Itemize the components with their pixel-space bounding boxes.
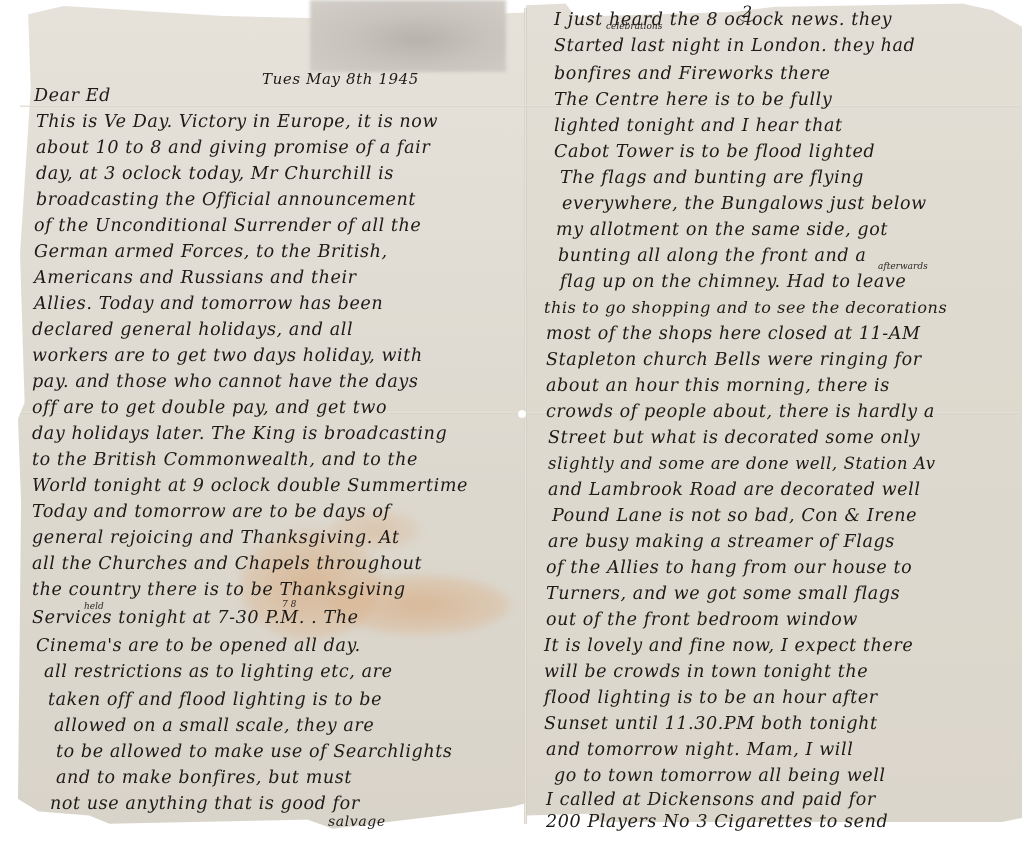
letter-line: World tonight at 9 oclock double Summert… <box>32 476 468 496</box>
letter-line: and to make bonfires, but must <box>56 768 352 788</box>
paper-hole <box>518 410 526 418</box>
letter-line: Allies. Today and tomorrow has been <box>34 294 383 314</box>
letter-line: flag up on the chimney. Had to leave <box>560 272 906 292</box>
letter-line: declared general holidays, and all <box>32 320 353 340</box>
letter-line: 200 Players No 3 Cigarettes to send <box>546 812 888 832</box>
letter-line: all restrictions as to lighting etc, are <box>44 662 393 682</box>
letter-line: It is lovely and fine now, I expect ther… <box>544 636 913 656</box>
letter-line: This is Ve Day. Victory in Europe, it is… <box>36 112 438 132</box>
letter-line: Started last night in London. they had <box>554 36 915 56</box>
letter-line: my allotment on the same side, got <box>556 220 888 240</box>
letter-line: to be allowed to make use of Searchlight… <box>56 742 452 762</box>
letter-line: day holidays later. The King is broadcas… <box>32 424 447 444</box>
letter-line: The flags and bunting are flying <box>560 168 864 188</box>
letter-line: taken off and flood lighting is to be <box>48 690 382 710</box>
letter-line: will be crowds in town tonight the <box>544 662 868 682</box>
letter-line: all the Churches and Chapels throughout <box>32 554 422 574</box>
letter-line: off are to get double pay, and get two <box>32 398 387 418</box>
letter-line: most of the shops here closed at 11-AM <box>546 324 921 344</box>
letter-line: of the Allies to hang from our house to <box>546 558 912 578</box>
letter-line: about an hour this morning, there is <box>546 376 890 396</box>
letter-line: Americans and Russians and their <box>34 268 357 288</box>
letter-line: and Lambrook Road are decorated well <box>548 480 921 500</box>
letter-line: broadcasting the Official announcement <box>36 190 416 210</box>
letter-line: Cinema's are to be opened all day. <box>36 636 361 656</box>
letter-line: I called at Dickensons and paid for <box>546 790 876 810</box>
letter-line: Pound Lane is not so bad, Con & Irene <box>552 506 917 526</box>
letter-line: bonfires and Fireworks there <box>554 64 831 84</box>
letter-line: not use anything that is good for <box>50 794 360 814</box>
letter-line: I just heard the 8 oclock news. they <box>554 10 892 30</box>
letter-line: lighted tonight and I hear that <box>554 116 843 136</box>
letter-line: about 10 to 8 and giving promise of a fa… <box>36 138 430 158</box>
letter-line: and tomorrow night. Mam, I will <box>546 740 853 760</box>
insertion-afterwards: afterwards <box>878 262 928 272</box>
letter-line: workers are to get two days holiday, wit… <box>32 346 423 366</box>
letter-line: day, at 3 oclock today, Mr Churchill is <box>36 164 394 184</box>
letter-line: Street but what is decorated some only <box>548 428 920 448</box>
letter-line: crowds of people about, there is hardly … <box>546 402 935 422</box>
letter-line: everywhere, the Bungalows just below <box>562 194 927 214</box>
letter-line: are busy making a streamer of Flags <box>548 532 895 552</box>
letter-line: Cabot Tower is to be flood lighted <box>554 142 875 162</box>
letter-line: the country there is to be Thanksgiving <box>32 580 406 600</box>
letter-line: of the Unconditional Surrender of all th… <box>34 216 421 236</box>
letter-line: bunting all along the front and a <box>558 246 866 266</box>
letter-date: Tues May 8th 1945 <box>262 70 419 88</box>
letter-line: Turners, and we got some small flags <box>546 584 900 604</box>
letter-line: Sunset until 11.30.PM both tonight <box>544 714 878 734</box>
letter-line: to the British Commonwealth, and to the <box>32 450 418 470</box>
letter-line: Stapleton church Bells were ringing for <box>546 350 922 370</box>
letter-line: Services tonight at 7-30 P.M. . The <box>32 608 359 628</box>
letter-line: slightly and some are done well, Station… <box>548 454 936 473</box>
letter-line: allowed on a small scale, they are <box>54 716 374 736</box>
letter-line: pay. and those who cannot have the days <box>32 372 418 392</box>
letter-line: The Centre here is to be fully <box>554 90 832 110</box>
redacted-blur-region <box>310 0 506 72</box>
letter-line: Today and tomorrow are to be days of <box>32 502 391 522</box>
horizontal-fold-line <box>20 105 1020 107</box>
salutation: Dear Ed <box>34 86 111 106</box>
letter-line: general rejoicing and Thanksgiving. At <box>32 528 400 548</box>
letter-line: German armed Forces, to the British, <box>34 242 388 262</box>
letter-line: out of the front bedroom window <box>546 610 858 630</box>
letter-line: flood lighting is to be an hour after <box>544 688 878 708</box>
insertion-salvage: salvage <box>328 814 386 830</box>
letter-line: go to town tomorrow all being well <box>554 766 886 786</box>
letter-line: this to go shopping and to see the decor… <box>544 298 947 317</box>
